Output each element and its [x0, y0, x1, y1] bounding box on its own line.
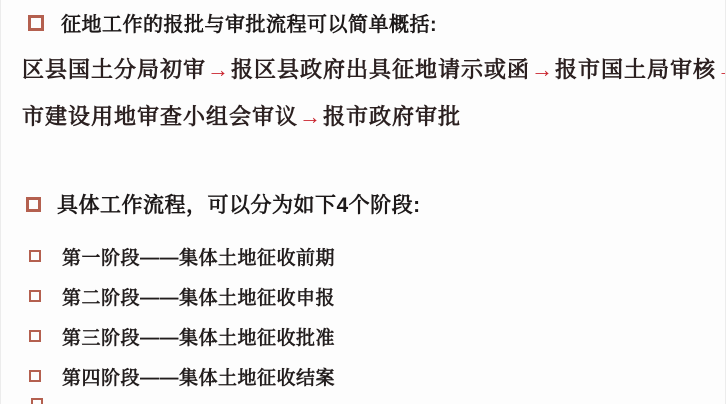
flow-step-label: 报市政府审批: [323, 104, 461, 129]
right-arrow-icon: →: [206, 57, 231, 82]
stage-item: 第三阶段——集体土地征收批准: [29, 316, 335, 356]
stages-heading-row: 具体工作流程，可以分为如下4个阶段:: [26, 189, 421, 219]
intro-heading-label: 征地工作的报批与审批流程可以简单概括:: [61, 8, 437, 37]
flow-step-label: 报市国土局审核: [555, 57, 716, 82]
flow-step-label: 市建设用地审查小组会审议: [22, 104, 298, 129]
stage-item: 第四阶段——集体土地征收结案: [29, 356, 335, 396]
stage-item-label: 第二阶段——集体土地征收申报: [62, 283, 335, 310]
flow-line: 市建设用地审查小组会审议→报市政府审批: [22, 103, 722, 131]
bullet-square-icon: [28, 15, 44, 31]
right-arrow-icon: →: [298, 104, 323, 129]
bullet-square-icon: [26, 197, 41, 212]
stage-item-label: 第三阶段——集体土地征收批准: [62, 323, 335, 350]
flow-line: 区县国土分局初审→报区县政府出具征地请示或函→报市国土局审核→: [22, 56, 722, 84]
right-arrow-icon: →: [530, 57, 555, 82]
stage-item-label: 第一阶段——集体土地征收前期: [62, 243, 335, 270]
slide: 征地工作的报批与审批流程可以简单概括: 区县国土分局初审→报区县政府出具征地请示…: [0, 0, 726, 404]
stage-list: 第一阶段——集体土地征收前期第二阶段——集体土地征收申报第三阶段——集体土地征收…: [29, 236, 335, 396]
bullet-square-icon: [29, 290, 41, 302]
flow-step-label: 区县国土分局初审: [22, 57, 206, 82]
right-arrow-icon: →: [716, 57, 726, 82]
bullet-square-icon: [29, 250, 41, 262]
stage-item: 第一阶段——集体土地征收前期: [29, 236, 335, 276]
stages-heading-label: 具体工作流程，可以分为如下4个阶段:: [57, 189, 421, 219]
bullet-square-icon: [29, 330, 41, 342]
stage-item-label: 第四阶段——集体土地征收结案: [62, 363, 335, 390]
process-flow: 区县国土分局初审→报区县政府出具征地请示或函→报市国土局审核→市建设用地审查小组…: [22, 56, 722, 131]
intro-heading-row: 征地工作的报批与审批流程可以简单概括:: [28, 8, 437, 37]
cropped-bullet-square-icon: [31, 398, 43, 404]
bullet-square-icon: [29, 370, 41, 382]
flow-step-label: 报区县政府出具征地请示或函: [231, 57, 530, 82]
stage-item: 第二阶段——集体土地征收申报: [29, 276, 335, 316]
